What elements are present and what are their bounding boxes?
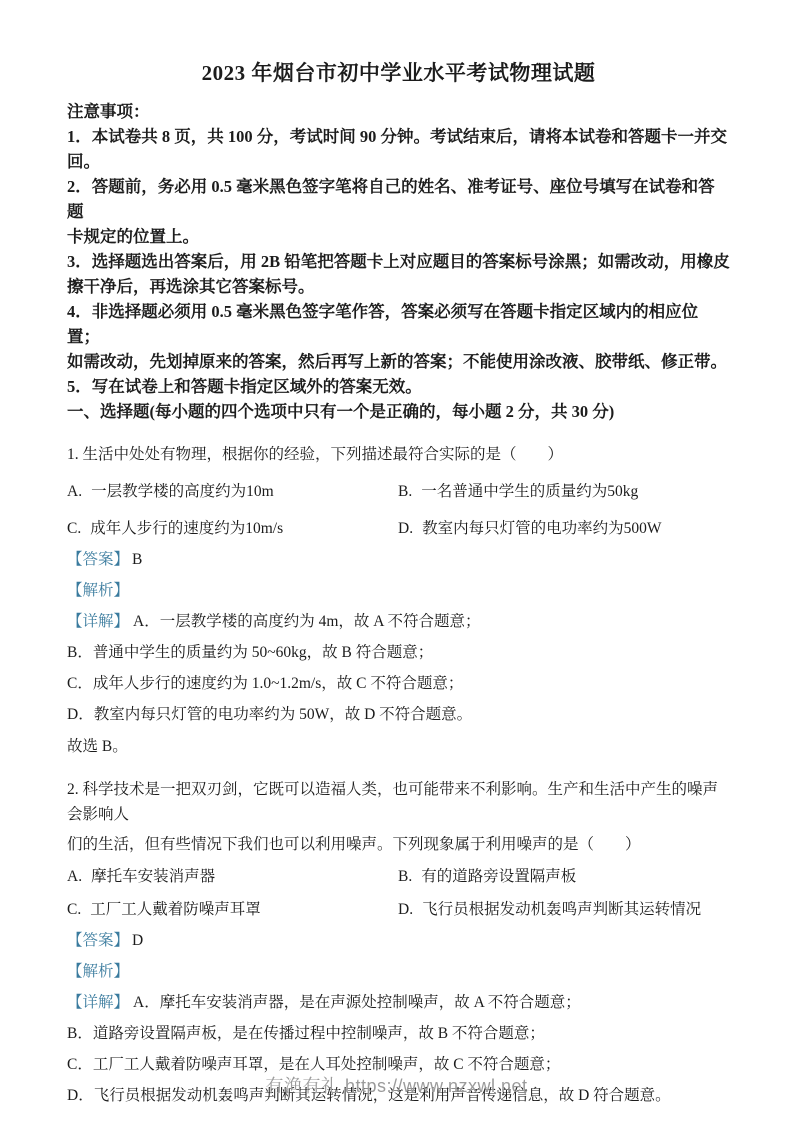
option-label: B. — [398, 483, 412, 500]
answer-label: 【答案】 — [67, 932, 129, 949]
analysis-label: 【解析】 — [67, 582, 129, 599]
question-2-option-row-ab: A.摩托车安装消声器 B.有的道路旁设置隔声板 — [67, 864, 730, 889]
notice-line: 卡规定的位置上。 — [67, 224, 730, 249]
option-text: 有的道路旁设置隔声板 — [421, 868, 576, 885]
option-text: 摩托车安装消声器 — [91, 868, 215, 885]
question-2-answer-line: 【答案】D — [67, 929, 730, 953]
question-2-option-d: D.飞行员根据发动机轰鸣声判断其运转情况 — [398, 897, 701, 922]
question-1-option-b: B.一名普通中学生的质量约为50kg — [398, 479, 638, 504]
option-label: D. — [398, 520, 413, 537]
question-1-detail-line: 【详解】A．一层教学楼的高度约为 4m，故 A 不符合题意； — [67, 610, 730, 634]
question-2-detail-line: B．道路旁设置隔声板，是在传播过程中控制噪声，故 B 不符合题意； — [67, 1022, 730, 1046]
detail-text: A．一层教学楼的高度约为 4m，故 A 不符合题意； — [133, 613, 480, 630]
question-1-option-c: C.成年人步行的速度约为10m/s — [67, 516, 398, 541]
footer-watermark: 有渔有礼 https://www.nzxwl.net — [0, 1072, 793, 1098]
detail-label: 【详解】 — [67, 994, 129, 1011]
notice-heading: 注意事项： — [67, 99, 730, 124]
question-1-option-row-cd: C.成年人步行的速度约为10m/s D.教室内每只灯管的电功率约为500W — [67, 516, 730, 541]
question-1-detail-line: B．普通中学生的质量约为 50~60kg，故 B 符合题意； — [67, 641, 730, 665]
option-text: 一层教学楼的高度约为10m — [91, 483, 274, 500]
question-1-detail-line: C．成年人步行的速度约为 1.0~1.2m/s，故 C 不符合题意； — [67, 672, 730, 696]
notice-line: 4．非选择题必须用 0.5 毫米黑色签字笔作答，答案必须写在答题卡指定区域内的相… — [67, 299, 730, 349]
question-1-option-d: D.教室内每只灯管的电功率约为500W — [398, 516, 661, 541]
option-label: B. — [398, 868, 412, 885]
notice-line: 1．本试卷共 8 页，共 100 分，考试时间 90 分钟。考试结束后，请将本试… — [67, 124, 730, 149]
question-1-detail-line: D．教室内每只灯管的电功率约为 50W，故 D 不符合题意。 — [67, 703, 730, 727]
option-label: C. — [67, 520, 81, 537]
question-2-option-row-cd: C.工厂工人戴着防噪声耳罩 D.飞行员根据发动机轰鸣声判断其运转情况 — [67, 897, 730, 922]
option-label: C. — [67, 901, 81, 918]
question-2-option-c: C.工厂工人戴着防噪声耳罩 — [67, 897, 398, 922]
notice-line: 如需改动，先划掉原来的答案，然后再写上新的答案；不能使用涂改液、胶带纸、修正带。 — [67, 349, 730, 374]
notice-line: 2．答题前，务必用 0.5 毫米黑色签字笔将自己的姓名、准考证号、座位号填写在试… — [67, 174, 730, 224]
answer-value: D — [132, 932, 143, 949]
answer-label: 【答案】 — [67, 551, 129, 568]
question-1-block: 1. 生活中处处有物理，根据你的经验，下列描述最符合实际的是（ ） A.一层教学… — [67, 442, 730, 759]
option-label: D. — [398, 901, 413, 918]
option-text: 成年人步行的速度约为10m/s — [90, 520, 283, 537]
notice-line: 3．选择题选出答案后，用 2B 铅笔把答题卡上对应题目的答案标号涂黑；如需改动，… — [67, 249, 730, 274]
question-2-stem: 2. 科学技术是一把双刃剑，它既可以造福人类，也可能带来不利影响。生产和生活中产… — [67, 777, 730, 827]
page-title: 2023 年烟台市初中学业水平考试物理试题 — [67, 58, 730, 88]
question-1-conclusion: 故选 B。 — [67, 735, 730, 759]
question-1-option-a: A.一层教学楼的高度约为10m — [67, 479, 398, 504]
section-heading-choice-questions: 一、选择题(每小题的四个选项中只有一个是正确的，每小题 2 分，共 30 分) — [67, 399, 730, 424]
question-1-analysis-line: 【解析】 — [67, 579, 730, 603]
question-1-answer-line: 【答案】B — [67, 548, 730, 572]
option-text: 飞行员根据发动机轰鸣声判断其运转情况 — [422, 901, 701, 918]
option-text: 工厂工人戴着防噪声耳罩 — [90, 901, 261, 918]
question-2-block: 2. 科学技术是一把双刃剑，它既可以造福人类，也可能带来不利影响。生产和生活中产… — [67, 777, 730, 1108]
exam-document-page: 2023 年烟台市初中学业水平考试物理试题 注意事项： 1．本试卷共 8 页，共… — [0, 0, 793, 1122]
notice-line: 擦干净后，再选涂其它答案标号。 — [67, 274, 730, 299]
detail-label: 【详解】 — [67, 613, 129, 630]
question-2-option-b: B.有的道路旁设置隔声板 — [398, 864, 576, 889]
option-label: A. — [67, 483, 82, 500]
answer-value: B — [132, 551, 142, 568]
option-text: 一名普通中学生的质量约为50kg — [421, 483, 638, 500]
option-label: A. — [67, 868, 82, 885]
question-1-stem: 1. 生活中处处有物理，根据你的经验，下列描述最符合实际的是（ ） — [67, 442, 730, 467]
question-2-analysis-line: 【解析】 — [67, 960, 730, 984]
option-text: 教室内每只灯管的电功率约为500W — [422, 520, 661, 537]
notice-line: 5．写在试卷上和答题卡指定区域外的答案无效。 — [67, 374, 730, 399]
notice-section: 注意事项： 1．本试卷共 8 页，共 100 分，考试时间 90 分钟。考试结束… — [67, 99, 730, 399]
question-2-option-a: A.摩托车安装消声器 — [67, 864, 398, 889]
notice-line: 回。 — [67, 149, 730, 174]
question-2-stem-continued: 们的生活，但有些情况下我们也可以利用噪声。下列现象属于利用噪声的是（ ） — [67, 833, 730, 857]
question-2-detail-line: 【详解】A．摩托车安装消声器，是在声源处控制噪声，故 A 不符合题意； — [67, 991, 730, 1015]
detail-text: A．摩托车安装消声器，是在声源处控制噪声，故 A 不符合题意； — [133, 994, 581, 1011]
analysis-label: 【解析】 — [67, 963, 129, 980]
question-1-option-row-ab: A.一层教学楼的高度约为10m B.一名普通中学生的质量约为50kg — [67, 479, 730, 504]
